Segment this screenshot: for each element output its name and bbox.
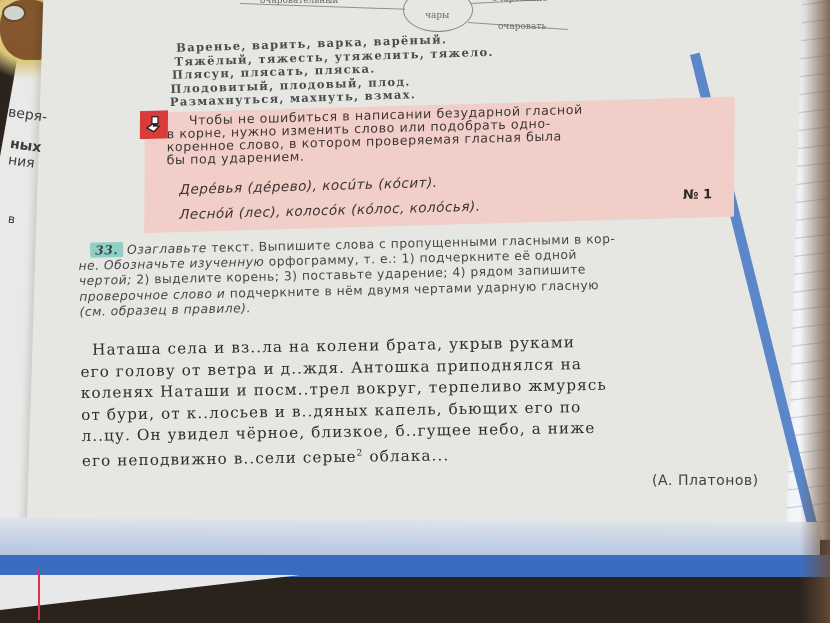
passage-text: его неподвижно в..сели серые (82, 447, 357, 469)
passage-author: (А. Платонов) (652, 473, 759, 489)
diagram-label-left: очаровательный (260, 0, 338, 6)
attention-hand-icon (140, 110, 168, 139)
rule-box: Чтобы не ошибиться в написании безударно… (144, 97, 735, 234)
exercise-number: 33. (90, 242, 123, 258)
left-page-fragment: ния (7, 152, 36, 172)
diagram-label-right-top: очарование (492, 0, 548, 4)
rule-examples: Дерéвья (дéрево), косúть (кóсит). Леснóй… (179, 170, 481, 228)
diagram-label-center: чары (425, 11, 449, 21)
word-family-list: Варенье, варить, варка, варёный. Тяжёлый… (168, 29, 570, 109)
exercise-italic: (см. образец в правиле). (79, 301, 251, 319)
rule-number: № 1 (683, 187, 712, 203)
passage-text: облака... (363, 446, 449, 465)
exercise-italic: чертой; (79, 273, 132, 288)
left-page-fragment: в (7, 212, 16, 227)
left-page-fragment: веря- (7, 104, 48, 125)
rule-text: Чтобы не ошибиться в написании безударно… (167, 99, 723, 167)
exercise-passage: Наташа села и вз..ла на колени брата, ук… (80, 329, 802, 472)
exercise-italic: Озаглавьте (127, 241, 207, 257)
exercise-instructions: 33.Озаглавьте текст. Выпишите слова с пр… (78, 228, 745, 320)
